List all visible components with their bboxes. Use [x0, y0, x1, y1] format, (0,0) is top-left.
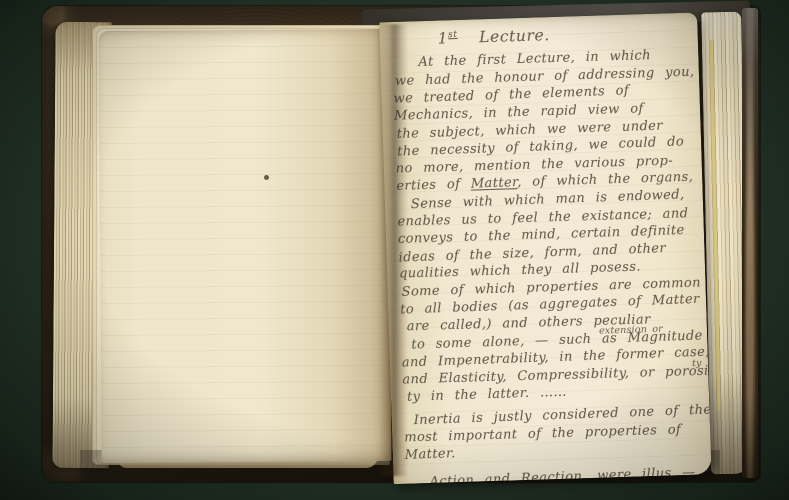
handwriting-lines: At the first Lecture, in whichwe had the…: [392, 46, 710, 485]
lecture-number: 1st: [437, 29, 457, 48]
ink-spot: [264, 175, 269, 180]
yellow-page-edge: [710, 40, 721, 410]
lecture-title: 1st Lecture.: [391, 16, 696, 51]
left-blank-page: [98, 29, 391, 463]
right-manuscript-page: 1st Lecture. At the first Lecture, in wh…: [379, 12, 711, 484]
book-photo: 1st Lecture. At the first Lecture, in wh…: [0, 0, 789, 500]
handwritten-text: 1st Lecture. At the first Lecture, in wh…: [379, 12, 711, 484]
interlinear-insertion: extension or: [599, 320, 664, 340]
lecture-word: Lecture.: [479, 26, 550, 46]
interlinear-insertion: ty: [692, 355, 702, 373]
back-cover-edge: [742, 8, 758, 478]
